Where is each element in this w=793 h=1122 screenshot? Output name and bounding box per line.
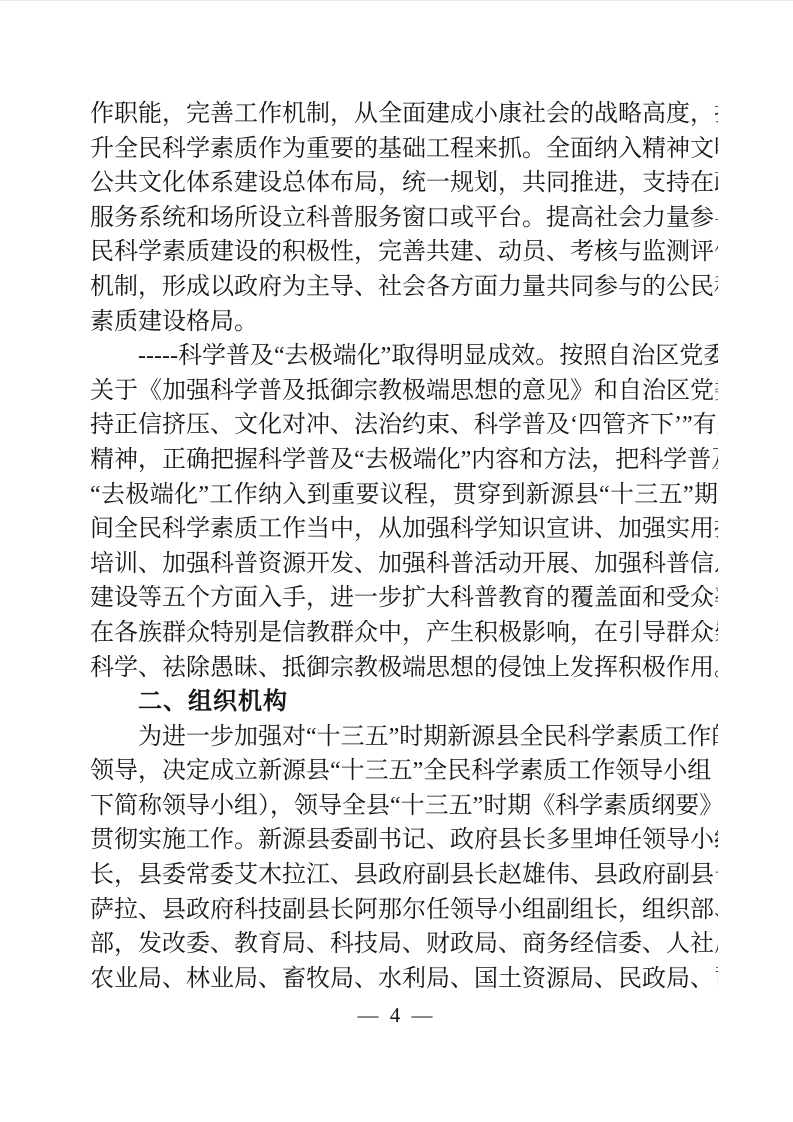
paragraph-line: -----科学普及“去极端化”取得明显成效。按照自治区党委 [90, 339, 718, 374]
document-body: 作职能，完善工作机制，从全面建成小康社会的战略高度，把提升全民科学素质作为重要的… [90, 97, 718, 996]
paragraph-line: 素质建设格局。 [90, 305, 718, 340]
paragraph-line: 作职能，完善工作机制，从全面建成小康社会的战略高度，把提 [90, 97, 718, 132]
paragraph-line: 间全民科学素质工作当中，从加强科学知识宣讲、加强实用技术 [90, 512, 718, 547]
paragraph-line: 关于《加强科学普及抵御宗教极端思想的意见》和自治区党委“坚 [90, 374, 718, 409]
paragraph-line: 部，发改委、教育局、科技局、财政局、商务经信委、人社局、 [90, 927, 718, 962]
paragraph-line: 建设等五个方面入手，进一步扩大科普教育的覆盖面和受众率， [90, 581, 718, 616]
paragraph-line: 精神，正确把握科学普及“去极端化”内容和方法，把科学普及 [90, 443, 718, 478]
paragraph-line: 农业局、林业局、畜牧局、水利局、国土资源局、民政局、司法 [90, 962, 718, 997]
paragraph-line: 在各族群众特别是信教群众中，产生积极影响，在引导群众崇尚 [90, 616, 718, 651]
paragraph-line: 服务系统和场所设立科普服务窗口或平台。提高社会力量参与公 [90, 201, 718, 236]
page-number: — 4 — [0, 1003, 793, 1028]
paragraph-line: 培训、加强科普资源开发、加强科普活动开展、加强科普信息化 [90, 547, 718, 582]
paragraph-line: 长，县委常委艾木拉江、县政府副县长赵雄伟、县政府副县长毕 [90, 858, 718, 893]
paragraph-line: 贯彻实施工作。新源县委副书记、政府县长多里坤任领导小组组 [90, 823, 718, 858]
paragraph-line: 公共文化体系建设总体布局，统一规划，共同推进，支持在政务 [90, 166, 718, 201]
paragraph-line: 领导，决定成立新源县“十三五”全民科学素质工作领导小组（以 [90, 754, 718, 789]
paragraph-line: 科学、祛除愚昧、抵御宗教极端思想的侵蚀上发挥积极作用。 [90, 651, 718, 686]
document-page: 作职能，完善工作机制，从全面建成小康社会的战略高度，把提升全民科学素质作为重要的… [0, 0, 793, 1122]
paragraph-line: 萨拉、县政府科技副县长阿那尔任领导小组副组长，组织部、宣传 [90, 893, 718, 928]
paragraph-line: 机制，形成以政府为主导、社会各方面力量共同参与的公民科学 [90, 270, 718, 305]
paragraph-line: 下简称领导小组），领导全县“十三五”时期《科学素质纲要》的 [90, 789, 718, 824]
paragraph-line: “去极端化”工作纳入到重要议程，贯穿到新源县“十三五”期 [90, 478, 718, 513]
paragraph-line: 为进一步加强对“十三五”时期新源县全民科学素质工作的 [90, 720, 718, 755]
paragraph-line: 升全民科学素质作为重要的基础工程来抓。全面纳入精神文明和 [90, 132, 718, 167]
section-heading: 二、组织机构 [90, 685, 718, 720]
paragraph-line: 持正信挤压、文化对冲、法治约束、科学普及‘四管齐下’”有关 [90, 408, 718, 443]
paragraph-line: 民科学素质建设的积极性，完善共建、动员、考核与监测评估等 [90, 235, 718, 270]
